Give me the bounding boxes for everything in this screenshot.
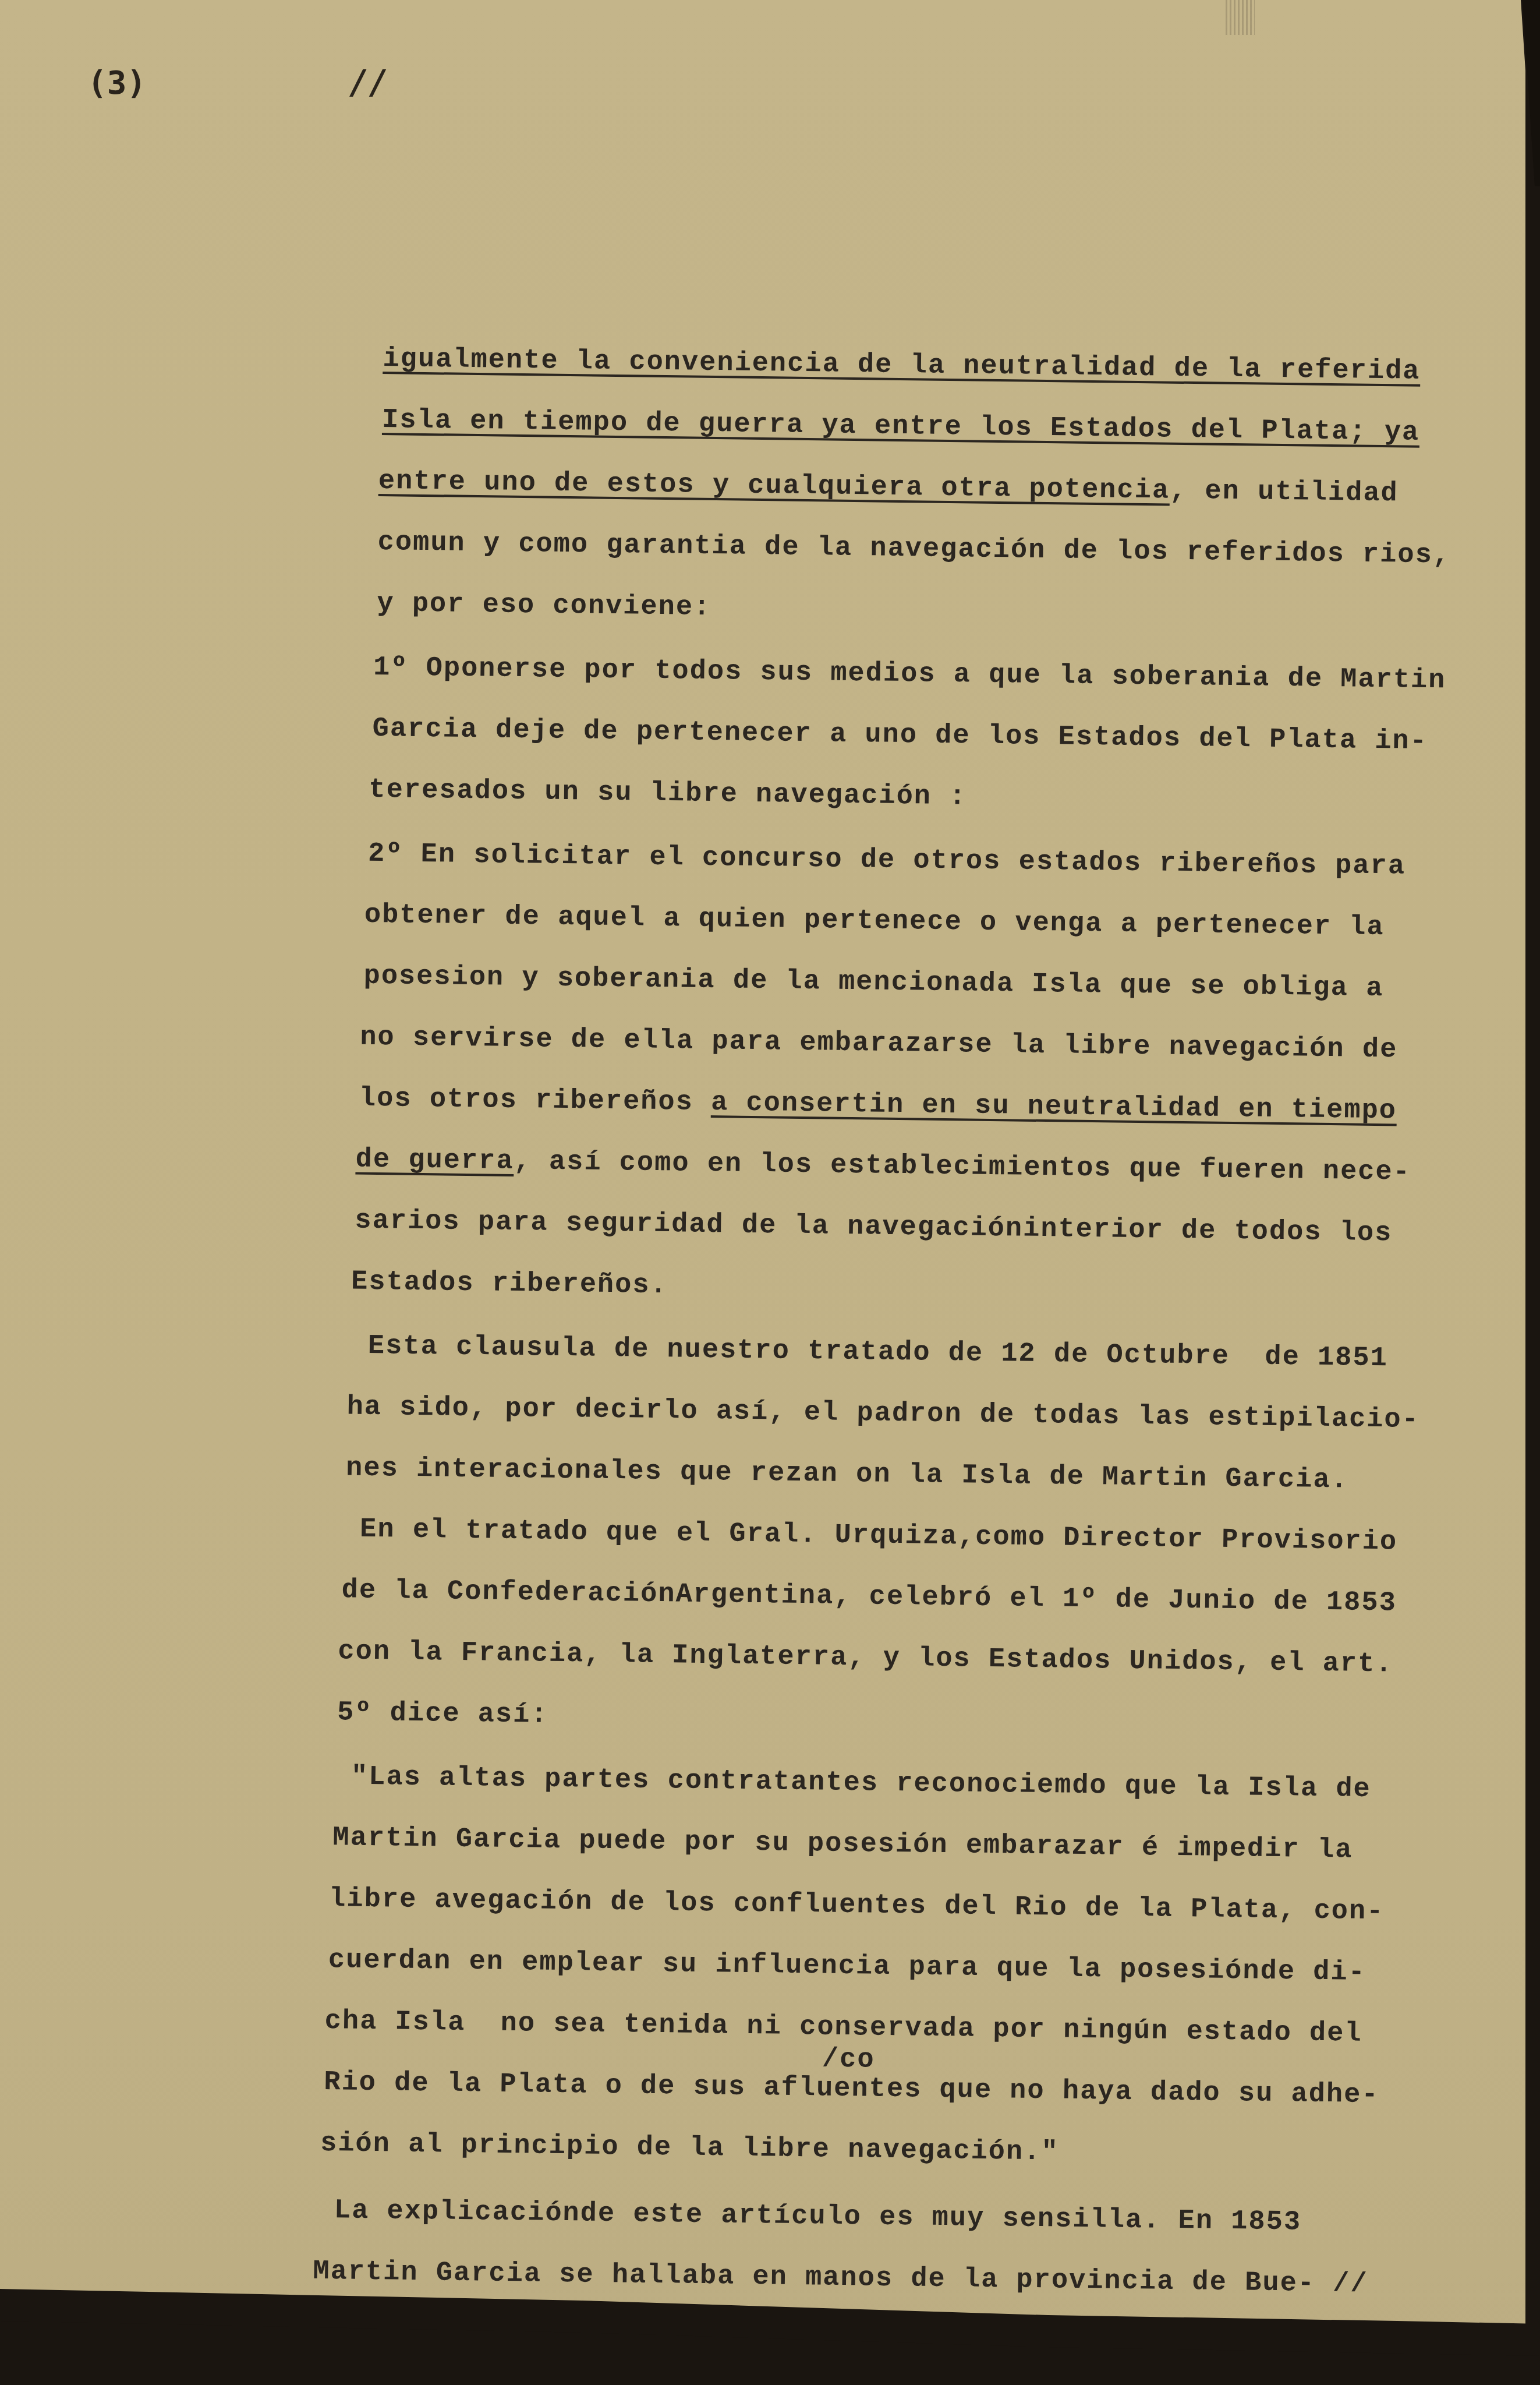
page-number: (3) <box>87 64 146 102</box>
continuation-mark: // <box>349 64 388 102</box>
text-line: teresados un su libre navegación : <box>369 776 967 811</box>
text-line: 5º dice así: <box>337 1699 548 1729</box>
text-line: y por eso conviene: <box>377 590 711 621</box>
interlinear-correction: /co <box>822 2046 875 2074</box>
text-line: Estados ribereños. <box>351 1269 668 1300</box>
ink-smudge <box>1226 0 1255 35</box>
